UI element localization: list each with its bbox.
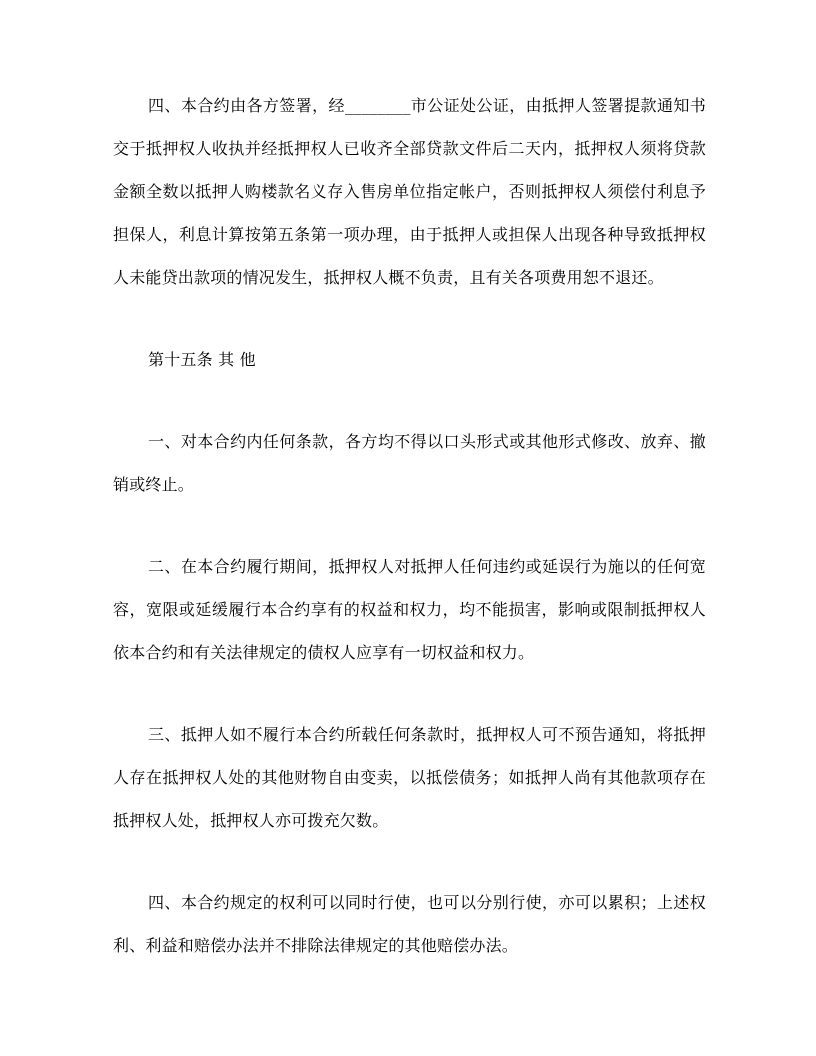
article-15-item-3: 三、抵押人如不履行本合约所载任何条款时，抵押权人可不预告通知，将抵押人存在抵押权… — [113, 713, 706, 842]
article-15-item-1: 一、对本合约内任何条款，各方均不得以口头形式或其他形式修改、放弃、撤销或终止。 — [113, 420, 706, 506]
clause-paragraph-signing-notarization: 四、本合约由各方签署，经________市公证处公证，由抵押人签署提款通知书交于… — [113, 84, 706, 299]
article-15-item-4: 四、本合约规定的权利可以同时行使，也可以分别行使，亦可以累积；上述权利、利益和赔… — [113, 881, 706, 967]
article-15-heading: 第十五条 其 他 — [113, 338, 706, 381]
document-page: 四、本合约由各方签署，经________市公证处公证，由抵押人签署提款通知书交于… — [0, 0, 816, 1056]
article-15-item-2: 二、在本合约履行期间，抵押权人对抵押人任何违约或延误行为施以的任何宽容，宽限或延… — [113, 545, 706, 674]
